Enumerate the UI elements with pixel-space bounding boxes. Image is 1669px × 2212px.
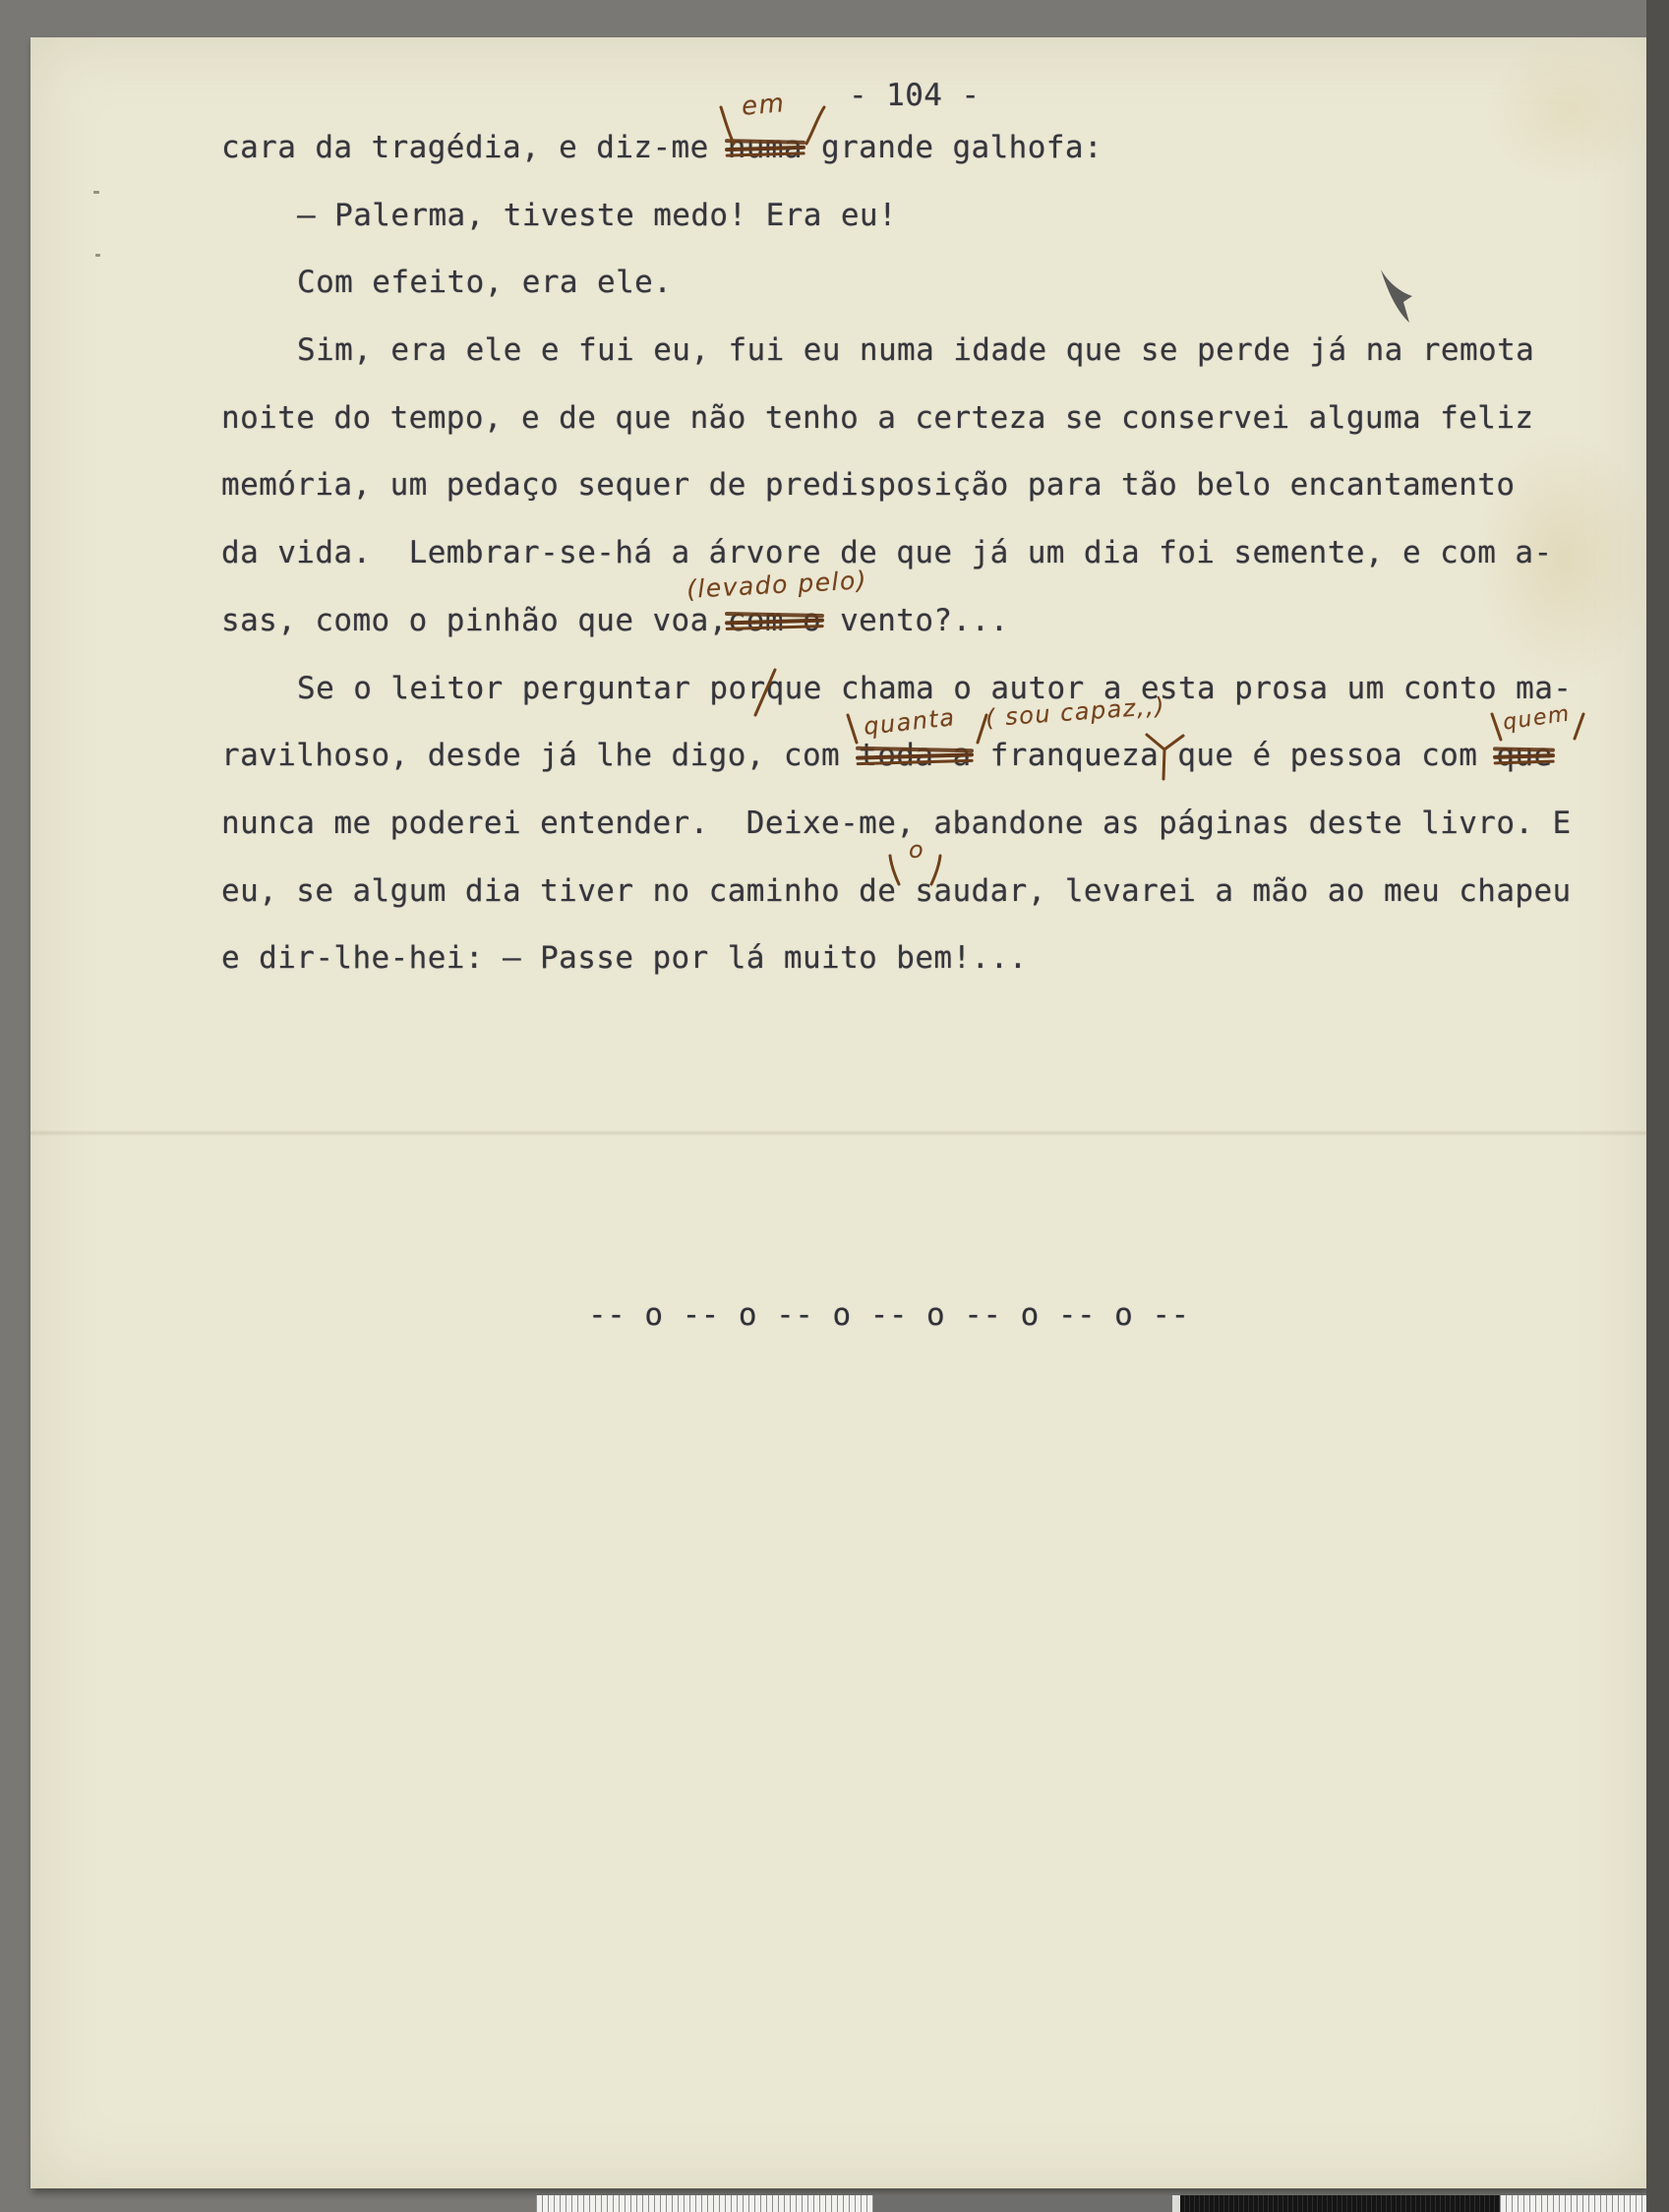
typescript-segment: Sim, era ele e fui eu, fui eu numa idade… <box>297 332 1534 368</box>
struck-out-word: com o <box>728 603 821 638</box>
ruler-segment-ticks <box>1500 2195 1669 2212</box>
typescript-line: ravilhoso, desde já lhe digo, com toda a… <box>221 740 1553 771</box>
typescript-segment: cara da tragédia, e diz-me <box>221 130 728 165</box>
page-number: - 104 - <box>849 80 980 111</box>
typescript-line: e dir-lhe-hei: — Passe por lá muito bem!… <box>221 942 1028 974</box>
typescript-line: sas, como o pinhão que voa,com o vento?.… <box>221 605 1009 636</box>
typescript-line: nunca me poderei entender. Deixe-me, aba… <box>221 807 1572 839</box>
typescript-segment: sas, como o pinhão que voa, <box>221 603 728 638</box>
typescript-segment: — Palerma, tiveste medo! Era eu! <box>297 198 897 233</box>
insert-o: o <box>909 836 924 864</box>
struck-out-word: que <box>1496 738 1552 773</box>
insert-em: em <box>741 89 787 122</box>
paper-stain <box>1486 37 1653 185</box>
calibration-ruler <box>0 2195 1669 2212</box>
typescript-line: Sim, era ele e fui eu, fui eu numa idade… <box>297 334 1534 366</box>
typescript-segment: eu, se algum dia tiver no caminho de sau… <box>221 873 1572 909</box>
paper-speck <box>93 191 99 194</box>
typescript-line: Se o leitor perguntar porque chama o aut… <box>297 673 1572 704</box>
typescript-segment: noite do tempo, e de que não tenho a cer… <box>221 400 1533 436</box>
typescript-line: noite do tempo, e de que não tenho a cer… <box>221 402 1533 434</box>
struck-out-word: numa <box>728 130 803 165</box>
ruler-segment-ticks <box>536 2195 873 2212</box>
typescript-line: da vida. Lembrar-se-há a árvore de que j… <box>221 537 1553 568</box>
typescript-line: Com efeito, era ele. <box>297 267 672 298</box>
typescript-segment: memória, um pedaço sequer de predisposiç… <box>221 467 1515 503</box>
typescript-segment: e dir-lhe-hei: — Passe por lá muito bem!… <box>221 940 1028 976</box>
typescript-segment: grande galhofa: <box>803 130 1103 165</box>
ruler-segment-gap <box>1172 2195 1180 2212</box>
scanner-background-edge <box>1646 0 1669 2212</box>
typescript-line: eu, se algum dia tiver no caminho de sau… <box>221 875 1572 907</box>
ruler-segment-gray <box>873 2195 1172 2212</box>
paper-speck <box>95 254 100 257</box>
typescript-segment: franqueza que é pessoa com <box>972 738 1497 773</box>
struck-out-word: toda a <box>859 738 971 773</box>
typescript-line: cara da tragédia, e diz-me numa grande g… <box>221 132 1103 163</box>
typescript-segment: nunca me poderei entender. Deixe-me, aba… <box>221 806 1572 841</box>
typescript-line: — Palerma, tiveste medo! Era eu! <box>297 200 897 231</box>
ruler-segment-black <box>1180 2195 1500 2212</box>
typographic-divider: -- o -- o -- o -- o -- o -- o -- <box>588 1299 1190 1331</box>
typescript-line: memória, um pedaço sequer de predisposiç… <box>221 469 1515 501</box>
typescript-segment: Se o leitor perguntar porque chama o aut… <box>297 671 1572 706</box>
typescript-segment: vento?... <box>821 603 1009 638</box>
typescript-segment: da vida. Lembrar-se-há a árvore de que j… <box>221 535 1553 570</box>
typescript-segment: Com efeito, era ele. <box>297 265 672 300</box>
typescript-segment: ravilhoso, desde já lhe digo, com <box>221 738 859 773</box>
